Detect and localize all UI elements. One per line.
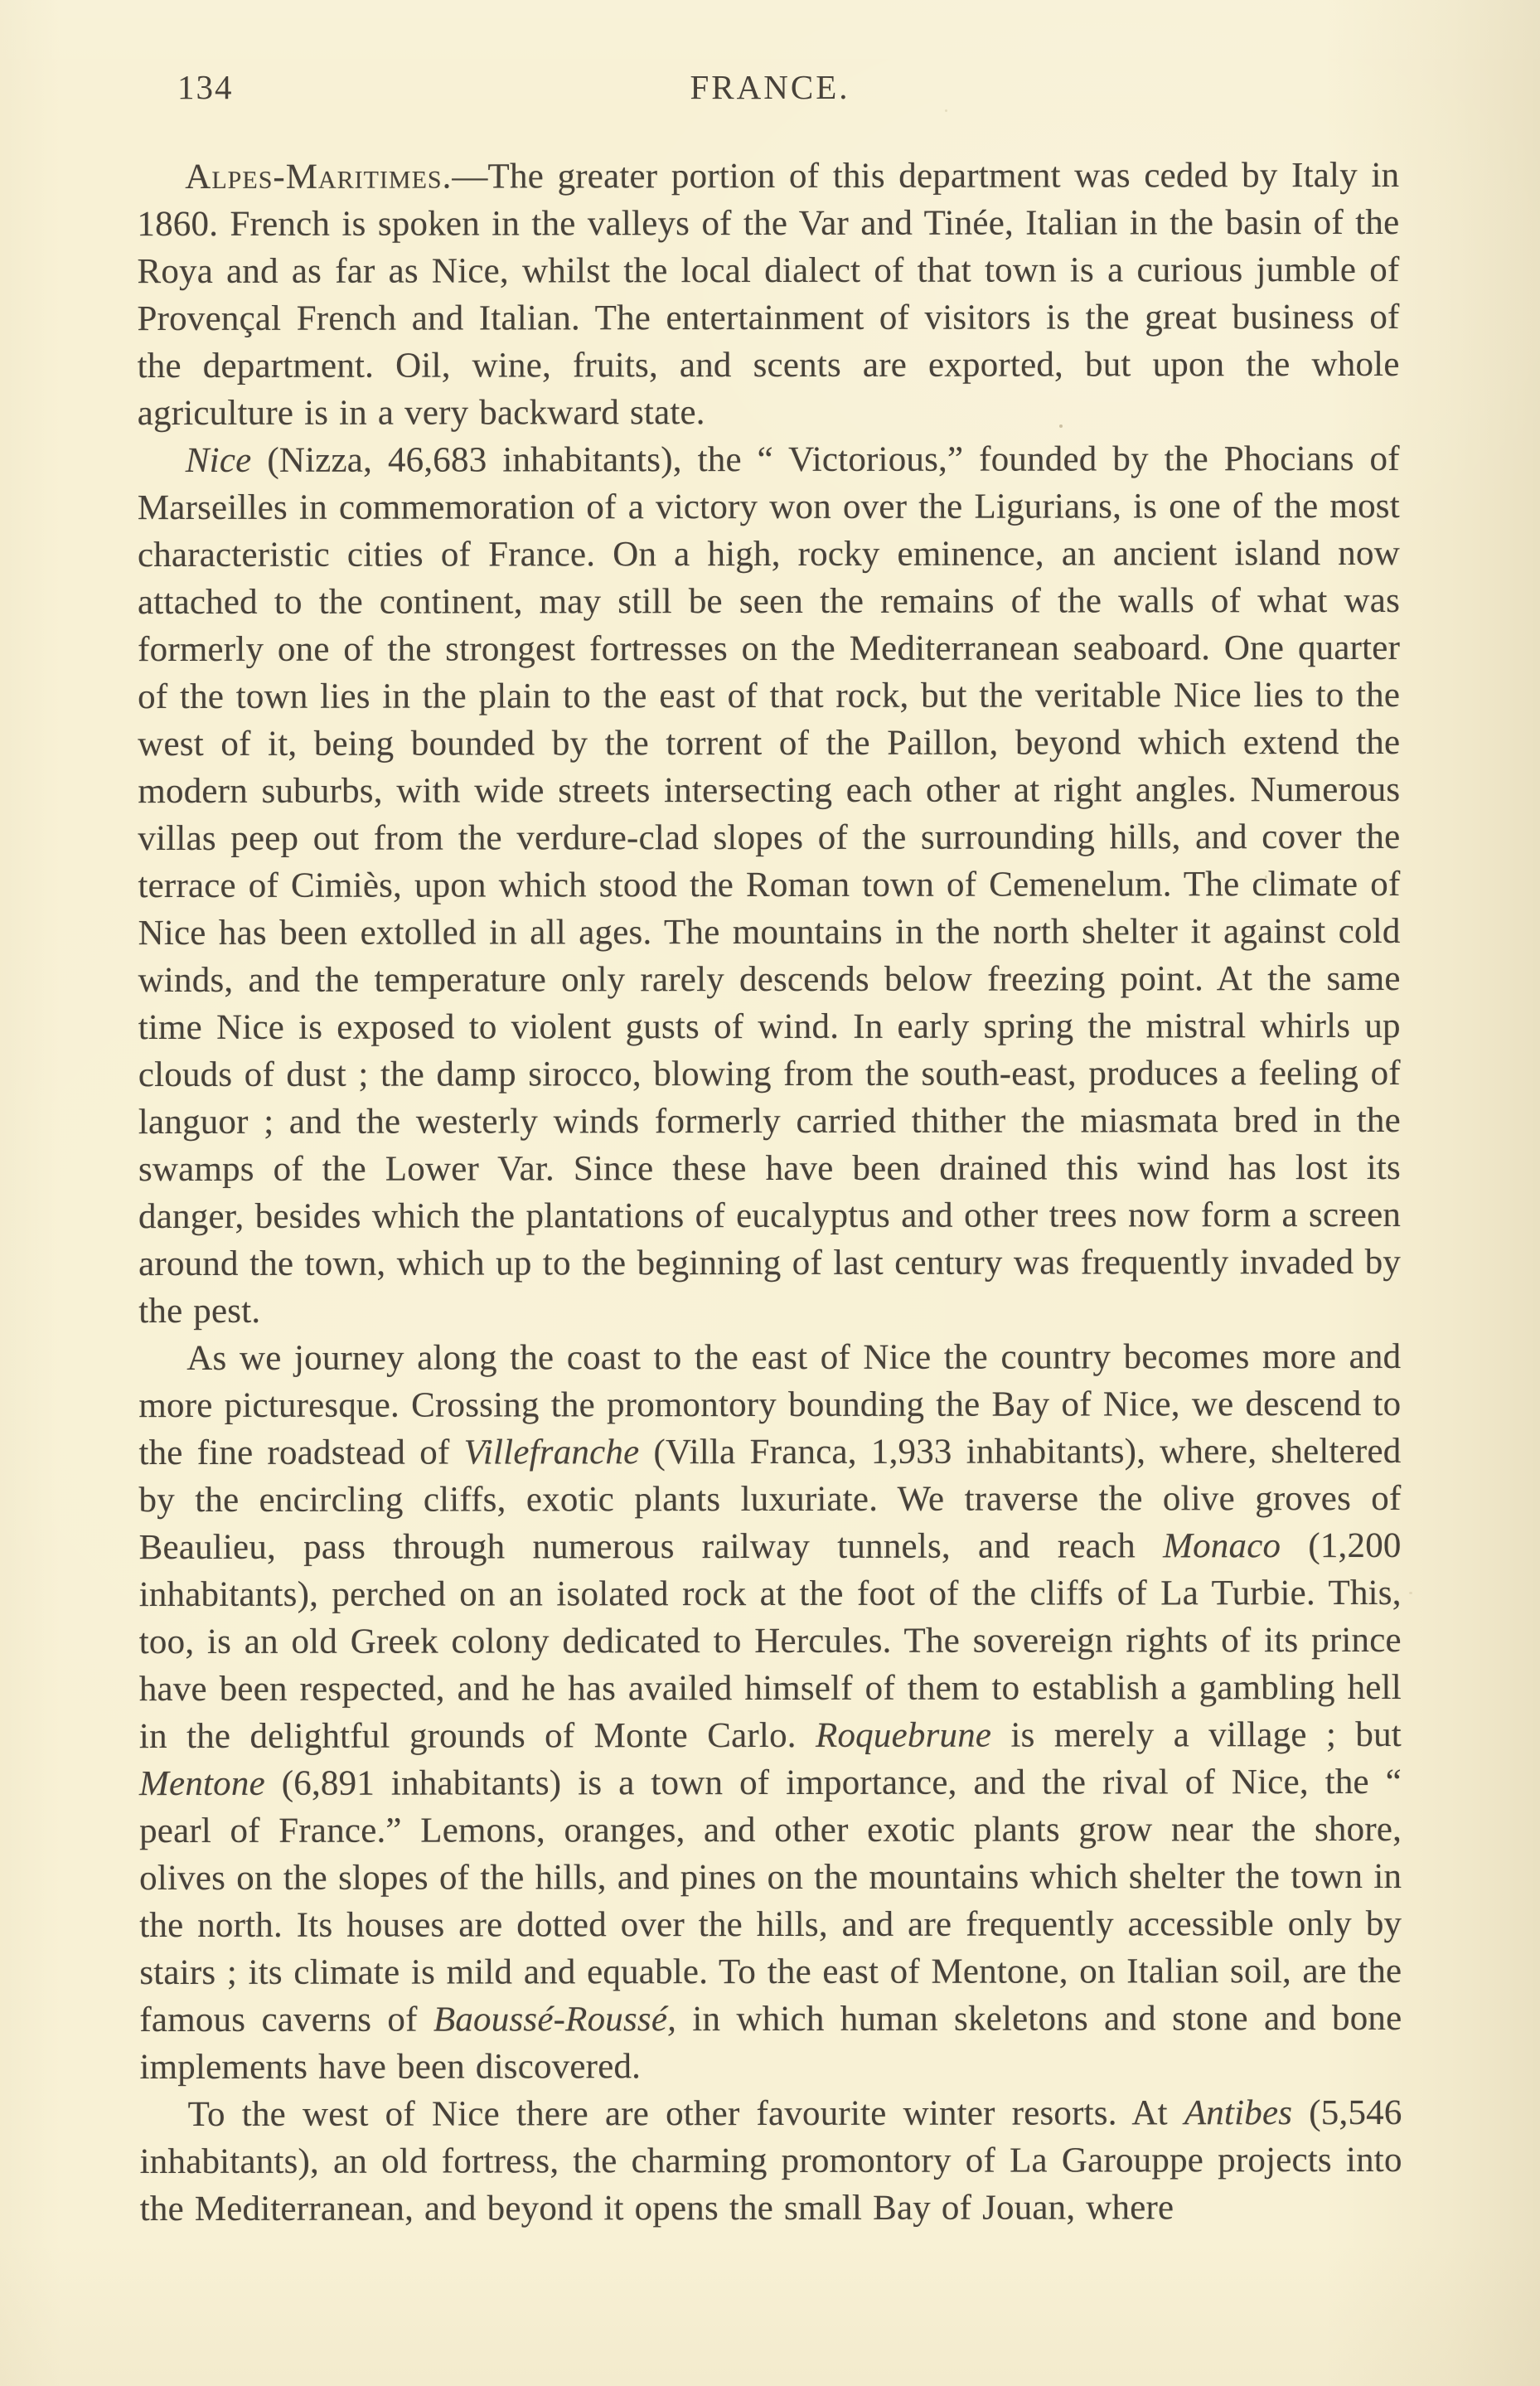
italic-text-run: Monaco <box>1163 1526 1281 1565</box>
paper-speck <box>1409 1592 1412 1594</box>
paragraph: To the west of Nice there are other favo… <box>140 2089 1402 2233</box>
text-run: To the west of Nice there are other favo… <box>188 2093 1184 2134</box>
text-run: (Nizza, 46,683 inhabitants), the “ Victo… <box>138 439 1401 1331</box>
paragraph: Nice (Nizza, 46,683 inhabitants), the “ … <box>138 435 1402 1335</box>
italic-text-run: Antibes <box>1184 2093 1292 2132</box>
italic-text-run: Baoussé-Roussé, <box>433 2000 676 2039</box>
page-body: Alpes-Maritimes.—The greater portion of … <box>137 152 1402 2233</box>
paper-speck <box>945 109 947 112</box>
text-run: is merely a village ; but <box>991 1715 1402 1755</box>
paragraph: Alpes-Maritimes.—The greater portion of … <box>137 152 1399 437</box>
page-number: 134 <box>177 68 234 106</box>
paragraph: As we journey along the coast to the eas… <box>138 1333 1402 2091</box>
page-header: 134 FRANCE. <box>0 68 1540 109</box>
text-run: —The greater portion of this department … <box>137 156 1399 433</box>
italic-text-run: Roquebrune <box>816 1716 991 1755</box>
text-run: (6,891 inhabitants) is a town of importa… <box>139 1763 1402 2039</box>
italic-text-run: Nice <box>186 441 252 480</box>
italic-text-run: Mentone <box>139 1764 265 1803</box>
smallcaps-text-run: Alpes-Maritimes. <box>185 158 452 196</box>
italic-text-run: Villefranche <box>464 1433 640 1472</box>
